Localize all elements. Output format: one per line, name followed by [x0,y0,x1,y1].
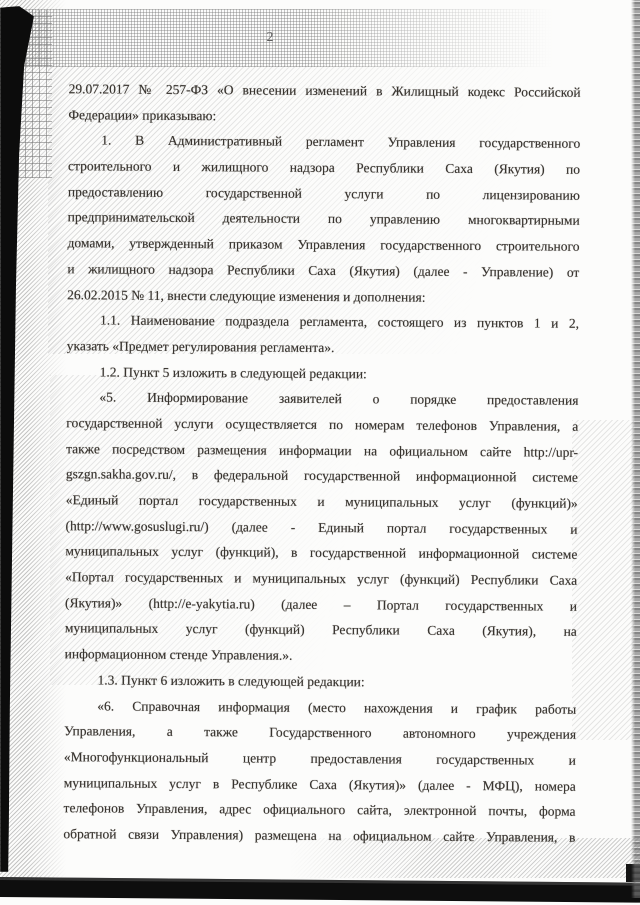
text-line: 1.1. Наименование подраздела регламента,… [67,307,579,336]
text-line: 1.3. Пункт 6 изложить в следующей редакц… [64,667,576,696]
text-line: «Единый портал государственных и муницип… [66,487,578,516]
text-line: Управления, а также Государственного авт… [64,718,576,747]
text-line: «Многофункциональный центр предоставлени… [64,744,576,773]
text-line: муниципальных услуг (функций), в государ… [65,539,577,568]
halftone-texture-top [8,9,553,67]
text-line: обратной связи Управления) размещена на … [63,821,575,850]
text-line: «5. Информирование заявителей о порядке … [66,384,578,413]
scan-edge-bottom [0,877,640,903]
text-line: строительного и жилищного надзора Респуб… [68,153,580,182]
document-text: 29.07.2017 № 257-ФЗ «О внесении изменени… [63,76,580,850]
text-line: (http://www.gosuslugi.ru/) (далее - Един… [65,513,577,542]
text-line: 1. В Административный регламент Управлен… [68,128,580,157]
page-number: 2 [260,30,280,46]
hatch-texture-right-margin [572,420,634,740]
text-line: предпринимательской деятельности по упра… [68,205,580,234]
scanned-page: 2 29.07.2017 № 257-ФЗ «О внесении измене… [0,0,640,905]
scan-edge-right [631,0,640,898]
text-line: муниципальных услуг (функций) Республики… [65,616,577,645]
text-line: государственной услуги осуществляется по… [66,410,578,439]
text-line: телефонов Управления, адрес официального… [63,795,575,824]
text-line: домами, утвержденный приказом Управления… [67,230,579,259]
text-line: 1.2. Пункт 5 изложить в следующей редакц… [67,359,579,388]
text-line: информационном стенде Управления.». [65,641,577,670]
text-line: 29.07.2017 № 257-ФЗ «О внесении изменени… [69,76,581,105]
text-line: также посредством размещения информации … [66,436,578,465]
text-line: (Якутия)» (http://e-yakytia.ru) (далее –… [65,590,577,619]
text-line: указать «Предмет регулирования регламент… [67,333,579,362]
text-line: предоставлению государственной услуги по… [68,179,580,208]
text-line: gszgn.sakha.gov.ru/, в федеральной госуд… [66,462,578,491]
text-line: 26.02.2015 № 11, внести следующие измене… [67,282,579,311]
text-line: «6. Справочная информация (место нахожде… [64,693,576,722]
text-line: муниципальных услуг в Республике Саха (Я… [64,770,576,799]
text-line: Федерации» приказываю: [68,102,580,131]
text-line: «Портал государственных и муниципальных … [65,564,577,593]
text-line: и жилищного надзора Республики Саха (Яку… [67,256,579,285]
